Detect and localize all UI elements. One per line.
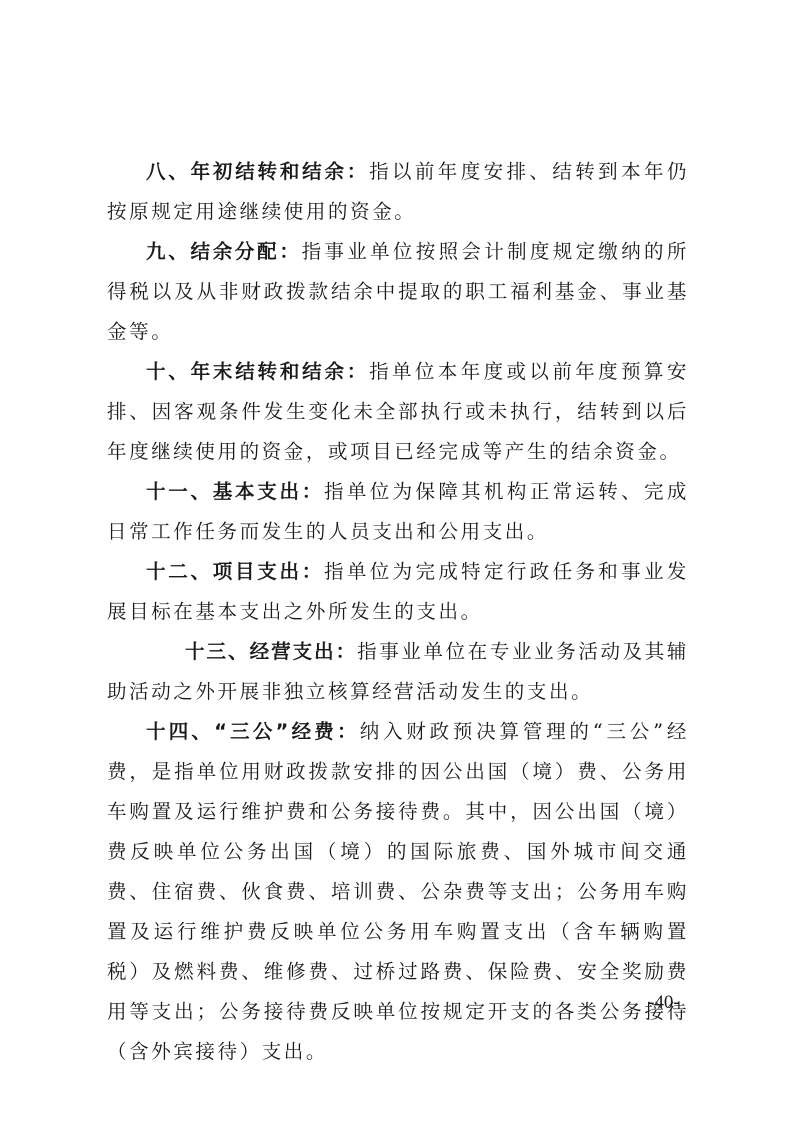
document-body: 八、年初结转和结余：指以前年度安排、结转到本年仍按原规定用途继续使用的资金。 九… xyxy=(107,152,689,1072)
term-heading: 九、结余分配： xyxy=(146,240,302,263)
paragraph-basic-expenditure: 十一、基本支出：指单位为保障其机构正常运转、完成日常工作任务而发生的人员支出和公… xyxy=(107,472,689,552)
paragraph-year-start-carryover: 八、年初结转和结余：指以前年度安排、结转到本年仍按原规定用途继续使用的资金。 xyxy=(107,152,689,232)
paragraph-three-public-expenses: 十四、“三公”经费：纳入财政预决算管理的“三公”经费，是指单位用财政拨款安排的因… xyxy=(107,712,689,1072)
paragraph-operating-expenditure: 十三、经营支出：指事业单位在专业业务活动及其辅助活动之外开展非独立核算经营活动发… xyxy=(107,632,689,712)
term-heading: 十、年末结转和结余： xyxy=(146,360,369,383)
term-heading: 十一、基本支出： xyxy=(146,480,324,503)
paragraph-surplus-distribution: 九、结余分配：指事业单位按照会计制度规定缴纳的所得税以及从非财政拨款结余中提取的… xyxy=(107,232,689,352)
term-heading: 十三、经营支出： xyxy=(185,640,357,663)
term-definition: 纳入财政预决算管理的“三公”经费，是指单位用财政拨款安排的因公出国（境）费、公务… xyxy=(107,720,689,1063)
term-heading: 十二、项目支出： xyxy=(146,560,324,583)
page-number: -40- xyxy=(648,992,680,1014)
paragraph-project-expenditure: 十二、项目支出：指单位为完成特定行政任务和事业发展目标在基本支出之外所发生的支出… xyxy=(107,552,689,632)
term-heading: 十四、“三公”经费： xyxy=(146,720,360,743)
paragraph-year-end-carryover: 十、年末结转和结余：指单位本年度或以前年度预算安排、因客观条件发生变化未全部执行… xyxy=(107,352,689,472)
term-heading: 八、年初结转和结余： xyxy=(146,160,369,183)
